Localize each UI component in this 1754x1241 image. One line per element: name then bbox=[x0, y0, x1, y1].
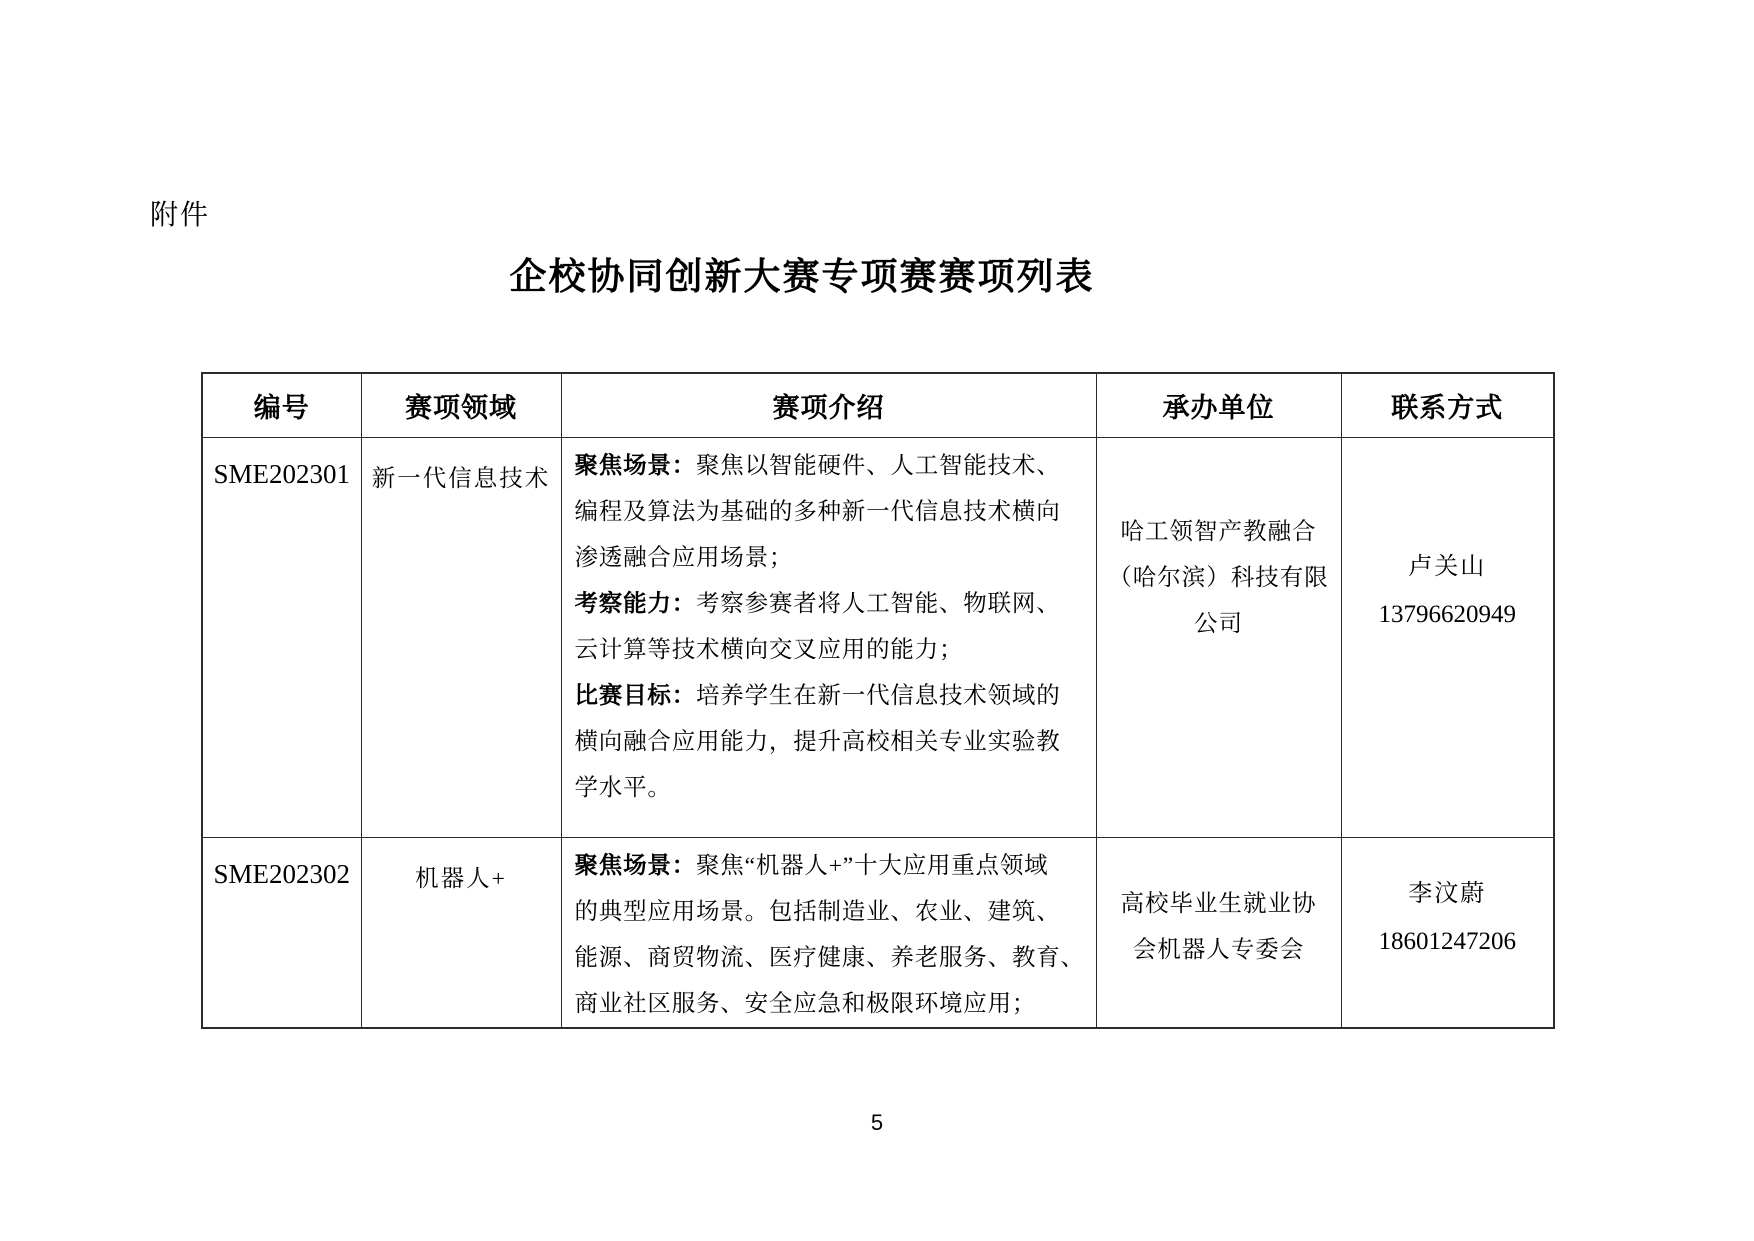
organizer-line: 公司 bbox=[1097, 601, 1341, 647]
document-title: 企校协同创新大赛专项赛赛项列表 bbox=[0, 246, 1754, 300]
intro-line: 商业社区服务、安全应急和极限环境应用； bbox=[575, 981, 1086, 1027]
intro-line: 比赛目标：培养学生在新一代信息技术领域的 bbox=[575, 673, 1086, 719]
page-number: 5 bbox=[0, 1110, 1754, 1136]
table-body: SME202301新一代信息技术聚焦场景：聚焦以智能硬件、人工智能技术、编程及算… bbox=[202, 437, 1554, 1028]
intro-line: 云计算等技术横向交叉应用的能力； bbox=[575, 627, 1086, 673]
organizer-line: （哈尔滨）科技有限 bbox=[1097, 555, 1341, 601]
contact-phone: 13796620949 bbox=[1342, 591, 1554, 638]
field-cell: 机器人+ bbox=[361, 837, 561, 1028]
organizer-line: 会机器人专委会 bbox=[1097, 927, 1341, 973]
competition-table: 编号赛项领域赛项介绍承办单位联系方式 SME202301新一代信息技术聚焦场景：… bbox=[201, 372, 1555, 1029]
intro-line: 横向融合应用能力，提升高校相关专业实验教 bbox=[575, 719, 1086, 765]
contact-cell: 卢关山13796620949 bbox=[1341, 437, 1554, 837]
intro-line-label: 考察能力： bbox=[575, 591, 697, 617]
intro-line-text: 云计算等技术横向交叉应用的能力； bbox=[575, 637, 964, 663]
table-row: SME202301新一代信息技术聚焦场景：聚焦以智能硬件、人工智能技术、编程及算… bbox=[202, 437, 1554, 837]
column-header-4: 联系方式 bbox=[1341, 373, 1554, 437]
intro-line: 的典型应用场景。包括制造业、农业、建筑、 bbox=[575, 889, 1086, 935]
intro-line-text: 的典型应用场景。包括制造业、农业、建筑、 bbox=[575, 899, 1061, 925]
organizer-cell: 哈工领智产教融合（哈尔滨）科技有限公司 bbox=[1096, 437, 1341, 837]
intro-line: 编程及算法为基础的多种新一代信息技术横向 bbox=[575, 489, 1086, 535]
attachment-label: 附件 bbox=[150, 200, 210, 231]
intro-line-label: 聚焦场景： bbox=[575, 853, 697, 879]
intro-line-text: 能源、商贸物流、医疗健康、养老服务、教育、 bbox=[575, 945, 1085, 971]
organizer-cell: 高校毕业生就业协会机器人专委会 bbox=[1096, 837, 1341, 1028]
document-page: 附件 企校协同创新大赛专项赛赛项列表 编号赛项领域赛项介绍承办单位联系方式 SM… bbox=[0, 0, 1754, 1241]
organizer-line: 高校毕业生就业协 bbox=[1097, 881, 1341, 927]
table-header-row: 编号赛项领域赛项介绍承办单位联系方式 bbox=[202, 373, 1554, 437]
organizer-line: 哈工领智产教融合 bbox=[1097, 509, 1341, 555]
intro-line: 考察能力：考察参赛者将人工智能、物联网、 bbox=[575, 581, 1086, 627]
intro-line-text: 商业社区服务、安全应急和极限环境应用； bbox=[575, 991, 1037, 1017]
contact-name: 李汶蔚 bbox=[1342, 871, 1554, 918]
intro-cell: 聚焦场景：聚焦“机器人+”十大应用重点领域的典型应用场景。包括制造业、农业、建筑… bbox=[561, 837, 1096, 1028]
column-header-1: 赛项领域 bbox=[361, 373, 561, 437]
intro-line: 渗透融合应用场景； bbox=[575, 535, 1086, 581]
intro-line-text: 学水平。 bbox=[575, 775, 672, 801]
column-header-3: 承办单位 bbox=[1096, 373, 1341, 437]
intro-line: 学水平。 bbox=[575, 765, 1086, 811]
intro-line-text: 考察参赛者将人工智能、物联网、 bbox=[696, 591, 1061, 617]
column-header-0: 编号 bbox=[202, 373, 361, 437]
field-cell: 新一代信息技术 bbox=[361, 437, 561, 837]
intro-line-text: 横向融合应用能力，提升高校相关专业实验教 bbox=[575, 729, 1061, 755]
row-id-cell: SME202301 bbox=[202, 437, 361, 837]
intro-line-text: 渗透融合应用场景； bbox=[575, 545, 794, 571]
table-row: SME202302机器人+聚焦场景：聚焦“机器人+”十大应用重点领域的典型应用场… bbox=[202, 837, 1554, 1028]
intro-cell: 聚焦场景：聚焦以智能硬件、人工智能技术、编程及算法为基础的多种新一代信息技术横向… bbox=[561, 437, 1096, 837]
intro-line: 能源、商贸物流、医疗健康、养老服务、教育、 bbox=[575, 935, 1086, 981]
contact-name: 卢关山 bbox=[1342, 544, 1554, 591]
intro-line-label: 聚焦场景： bbox=[575, 453, 697, 479]
intro-line-text: 聚焦以智能硬件、人工智能技术、 bbox=[696, 453, 1061, 479]
intro-line-text: 培养学生在新一代信息技术领域的 bbox=[696, 683, 1061, 709]
intro-line: 聚焦场景：聚焦以智能硬件、人工智能技术、 bbox=[575, 443, 1086, 489]
row-id-cell: SME202302 bbox=[202, 837, 361, 1028]
intro-line-text: 聚焦“机器人+”十大应用重点领域 bbox=[696, 853, 1048, 879]
intro-line-text: 编程及算法为基础的多种新一代信息技术横向 bbox=[575, 499, 1061, 525]
contact-phone: 18601247206 bbox=[1342, 918, 1554, 965]
contact-cell: 李汶蔚18601247206 bbox=[1341, 837, 1554, 1028]
intro-line-label: 比赛目标： bbox=[575, 683, 697, 709]
column-header-2: 赛项介绍 bbox=[561, 373, 1096, 437]
intro-line: 聚焦场景：聚焦“机器人+”十大应用重点领域 bbox=[575, 843, 1086, 889]
